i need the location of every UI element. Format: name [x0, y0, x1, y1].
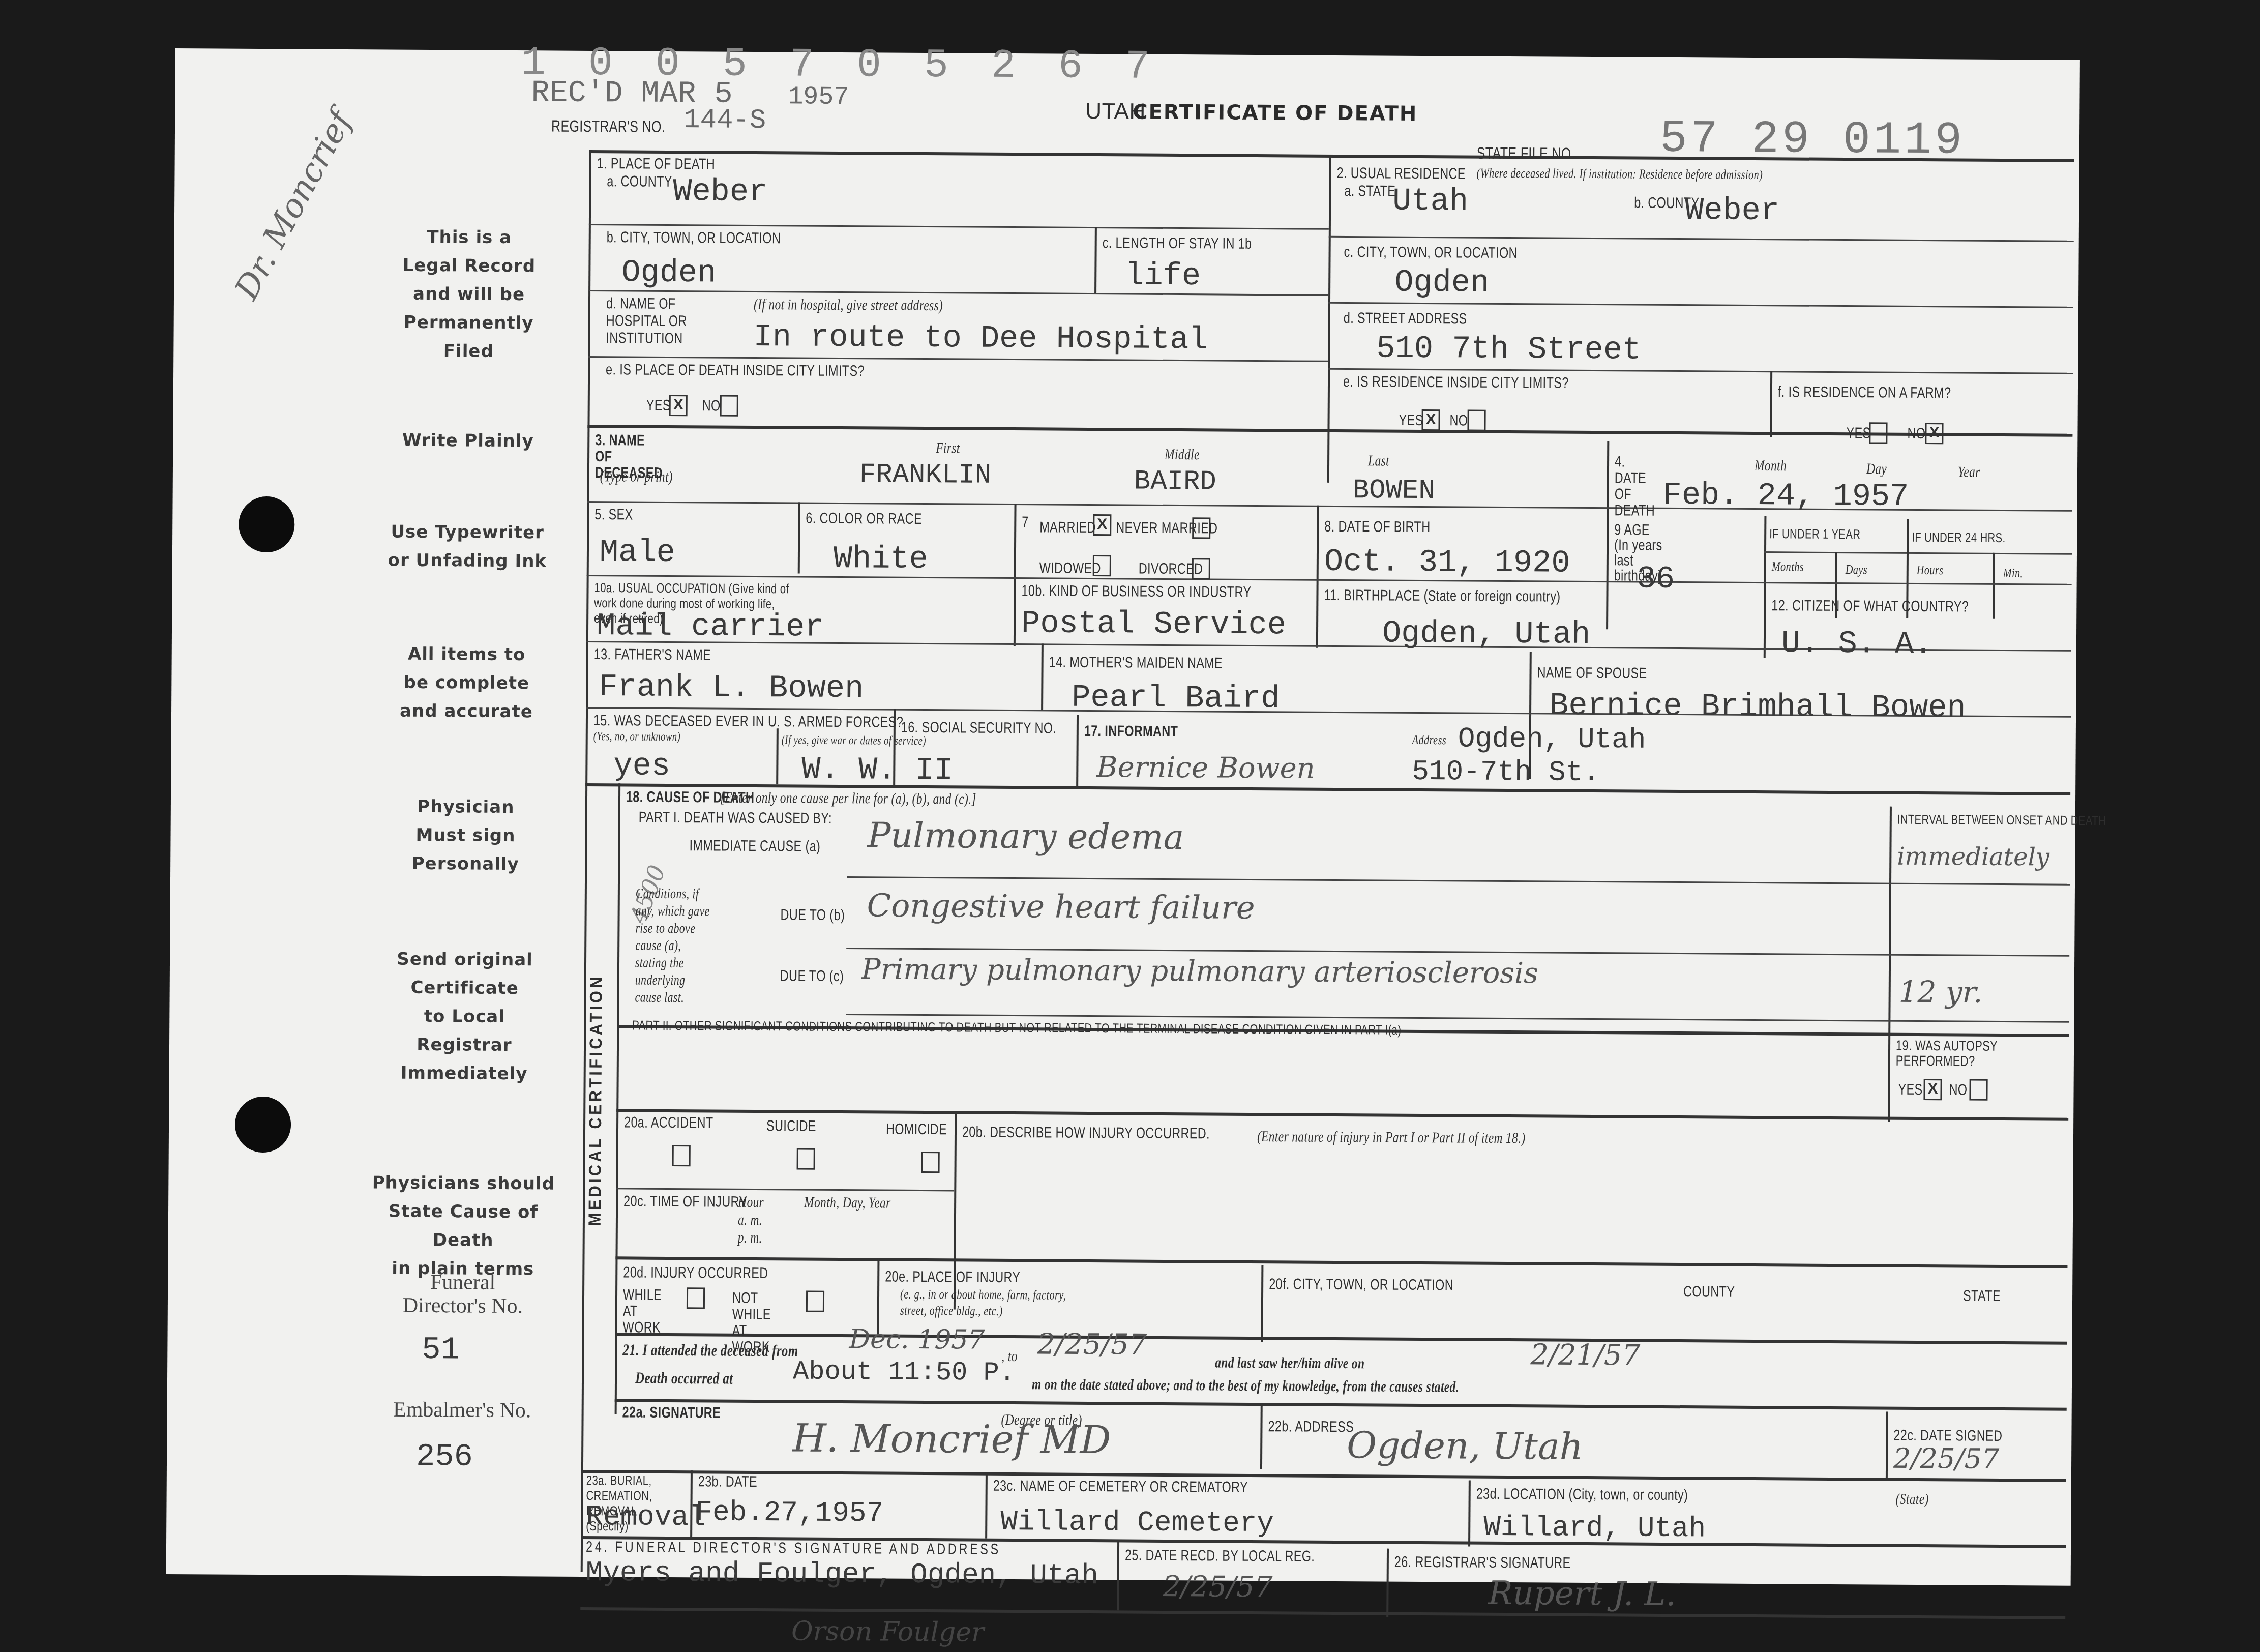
- due-to-b-label: DUE TO (b): [781, 906, 845, 924]
- due-to-c: Primary pulmonary pulmonary arterioscler…: [861, 953, 1538, 990]
- accident-label: 20a. ACCIDENT: [624, 1114, 713, 1132]
- recd-year: 1957: [788, 82, 849, 112]
- death-occurred-suffix: m on the date stated above; and to the b…: [1032, 1376, 1459, 1396]
- registrar-no-label: REGISTRAR'S NO.: [551, 117, 665, 136]
- last-saw-date: 2/21/57: [1530, 1338, 1640, 1372]
- divider: [581, 1470, 2066, 1482]
- sex: Male: [600, 534, 675, 571]
- war-service: W. W. II: [801, 752, 953, 789]
- divider: [1764, 516, 1767, 658]
- res-inside-city-label: e. IS RESIDENCE INSIDE CITY LIMITS?: [1343, 373, 1569, 392]
- funeral-director: Myers and Foulger, Ogden, Utah: [586, 1556, 1099, 1592]
- divider: [1770, 371, 1772, 437]
- hour-label: Hour: [738, 1194, 764, 1211]
- usual-residence-hint: (Where deceased lived. If institution: R…: [1476, 166, 1763, 183]
- married-checkbox[interactable]: X: [1093, 514, 1111, 536]
- death-city-label: b. CITY, TOWN, OR LOCATION: [607, 229, 781, 247]
- time-of-injury-label: 20c. TIME OF INJURY: [623, 1193, 747, 1211]
- note-write-plainly: Write Plainly: [386, 426, 549, 456]
- embalmer-no: 256: [416, 1438, 473, 1475]
- cemetery-label: 23c. NAME OF CEMETERY OR CREMATORY: [993, 1478, 1248, 1496]
- divider: [1606, 441, 1609, 629]
- year-label: Year: [1958, 463, 1980, 481]
- registrar-signature-label: 26. REGISTRAR'S SIGNATURE: [1394, 1554, 1571, 1572]
- res-state: Utah: [1392, 183, 1468, 220]
- informant-signature: Bernice Bowen: [1096, 751, 1315, 785]
- divider: [1117, 1542, 1119, 1610]
- interval-immediate: immediately: [1897, 842, 2049, 872]
- father-label: 13. FATHER'S NAME: [594, 646, 711, 664]
- death-occurred-label: Death occurred at: [635, 1369, 733, 1388]
- divider: [615, 783, 621, 1414]
- immediate-cause: Pulmonary edema: [867, 815, 1184, 858]
- hospital-name: In route to Dee Hospital: [753, 319, 1207, 358]
- note-send-original: Send original Certificate to Local Regis…: [383, 945, 547, 1088]
- sex-label: 5. SEX: [594, 506, 633, 523]
- punch-hole: [239, 496, 295, 553]
- month-day-year-label: Month, Day, Year: [804, 1194, 891, 1212]
- no-label: NO: [1907, 425, 1925, 442]
- under-24-hrs-label: IF UNDER 24 HRS.: [1912, 529, 2005, 546]
- mother-name: Pearl Baird: [1072, 680, 1280, 717]
- punch-hole: [235, 1097, 291, 1153]
- never-married-checkbox[interactable]: [1192, 517, 1210, 539]
- industry-label: 10b. KIND OF BUSINESS OR INDUSTRY: [1021, 582, 1251, 601]
- funeral-director-no: 51: [422, 1332, 460, 1368]
- inside-city-label: e. IS PLACE OF DEATH INSIDE CITY LIMITS?: [606, 361, 865, 380]
- res-inside-city-no-checkbox[interactable]: [1467, 410, 1485, 431]
- informant-address-line2: 510-7th St.: [1412, 755, 1600, 789]
- industry: Postal Service: [1021, 605, 1286, 643]
- state-hint-label: (State): [1896, 1491, 1929, 1508]
- medical-certification-label: MEDICAL CERTIFICATION: [585, 974, 607, 1226]
- res-street-label: d. STREET ADDRESS: [1344, 310, 1467, 328]
- interval-underlying: 12 yr.: [1899, 975, 1983, 1010]
- note-typewriter: Use Typewriter or Unfading Ink: [381, 517, 554, 575]
- first-label: First: [936, 439, 960, 457]
- attended-from: Dec. 1957: [849, 1324, 985, 1355]
- state-file-label: STATE FILE NO.: [1477, 144, 1575, 163]
- burial-date: Feb.27,1957: [695, 1496, 883, 1529]
- divider: [985, 1472, 988, 1539]
- informant-address-line1: Ogden, Utah: [1458, 722, 1646, 756]
- widowed-checkbox[interactable]: [1093, 555, 1111, 576]
- funeral-director-label: 24. FUNERAL DIRECTOR'S SIGNATURE AND ADD…: [586, 1539, 1001, 1558]
- married-label: MARRIED: [1039, 519, 1096, 537]
- cemetery-name: Willard Cemetery: [1000, 1506, 1274, 1540]
- divider: [1328, 302, 2073, 308]
- divider: [798, 502, 800, 573]
- death-inside-city-yes-checkbox[interactable]: X: [669, 395, 688, 416]
- farm-no-checkbox[interactable]: X: [1925, 423, 1943, 444]
- divider: [1014, 504, 1017, 646]
- length-of-stay: life: [1125, 257, 1201, 294]
- ssn-label: 16. SOCIAL SECURITY NO.: [901, 719, 1057, 737]
- funeral-director-no-label: Funeral Director's No.: [356, 1270, 570, 1318]
- injury-county-label: COUNTY: [1683, 1283, 1735, 1301]
- divider: [1094, 227, 1097, 293]
- injury-description-hint: (Enter nature of injury in Part I or Par…: [1257, 1128, 1526, 1147]
- divider: [1041, 643, 1044, 710]
- autopsy-yes-checkbox[interactable]: X: [1923, 1079, 1942, 1100]
- widowed-label: WIDOWED: [1039, 559, 1101, 577]
- divider: [616, 1188, 954, 1191]
- citizen: U. S. A.: [1781, 625, 1933, 662]
- immediate-cause-label: IMMEDIATE CAUSE (a): [689, 837, 820, 855]
- part1-label: PART I. DEATH WAS CAUSED BY:: [639, 809, 832, 828]
- divider: [615, 1333, 2067, 1344]
- divider: [1993, 553, 1995, 619]
- interval-label: INTERVAL BETWEEN ONSET AND DEATH: [1897, 812, 2106, 829]
- divider: [1261, 1265, 1264, 1342]
- homicide-label: HOMICIDE: [886, 1121, 947, 1139]
- informant-address-label: Address: [1412, 732, 1447, 748]
- while-at-work-checkbox[interactable]: [687, 1287, 705, 1309]
- no-label: NO: [1449, 412, 1468, 429]
- min-label: Min.: [2003, 566, 2023, 581]
- hospital-hint: (If not in hospital, give street address…: [754, 296, 943, 314]
- pm-label: p. m.: [738, 1229, 762, 1247]
- res-street: 510 7th Street: [1376, 330, 1641, 368]
- registrar-signature: Rupert J. L.: [1488, 1575, 1676, 1613]
- deceased-last-name: BOWEN: [1353, 475, 1435, 507]
- divider: [1329, 236, 2074, 242]
- registrar-no: 144-S: [683, 105, 766, 136]
- divider: [1260, 1403, 1263, 1469]
- deceased-name-hint: (Type or print): [600, 468, 673, 486]
- no-label: NO: [702, 397, 721, 415]
- hospital-label: d. NAME OF HOSPITAL OR INSTITUTION: [606, 295, 697, 347]
- divorced-checkbox[interactable]: [1192, 558, 1210, 579]
- divider: [1764, 551, 2072, 555]
- am-label: a. m.: [738, 1212, 762, 1229]
- yes-label: YES: [1898, 1081, 1922, 1099]
- divider: [1328, 368, 2073, 374]
- res-city-label: c. CITY, TOWN, OR LOCATION: [1344, 244, 1517, 262]
- signature-label: 22a. SIGNATURE: [622, 1404, 721, 1422]
- while-at-work-label: WHILE AT WORK: [623, 1287, 667, 1336]
- res-state-label: a. STATE: [1344, 183, 1395, 200]
- divider: [1468, 1481, 1471, 1547]
- farm-label: f. IS RESIDENCE ON A FARM?: [1778, 383, 1951, 402]
- divider: [615, 1256, 2067, 1268]
- father-name: Frank L. Bowen: [599, 669, 864, 706]
- death-county: Weber: [673, 173, 767, 210]
- disposition-method: Removal: [586, 1500, 706, 1533]
- accident-checkbox[interactable]: [672, 1145, 691, 1166]
- armed-forces-hint-a: (Yes, no, or unknown): [593, 730, 680, 744]
- place-of-injury-label: 20e. PLACE OF INJURY: [885, 1268, 1020, 1287]
- injury-state-label: STATE: [1963, 1288, 2001, 1305]
- divider: [847, 876, 2070, 886]
- divider: [589, 224, 1329, 230]
- burial-location: Willard, Utah: [1483, 1511, 1706, 1545]
- death-time: About 11:50 P.: [793, 1356, 1015, 1388]
- funeral-director-signature: Orson Foulger: [791, 1616, 984, 1647]
- marital-status-number: 7: [1022, 514, 1029, 531]
- res-city: Ogden: [1394, 264, 1489, 301]
- birthplace-label: 11. BIRTHPLACE (State or foreign country…: [1324, 587, 1560, 606]
- race: White: [834, 541, 928, 577]
- due-to-c-label: DUE TO (c): [780, 967, 844, 985]
- death-city: Ogden: [621, 254, 716, 291]
- physician-signature: H. Moncrief MD: [792, 1415, 1111, 1462]
- under-1-year-label: IF UNDER 1 YEAR: [1769, 526, 1860, 542]
- race-label: 6. COLOR OR RACE: [806, 510, 922, 528]
- injury-description-label: 20b. DESCRIBE HOW INJURY OCCURRED.: [962, 1124, 1210, 1142]
- divider: [1386, 1549, 1389, 1617]
- embalmer-no-label: Embalmer's No.: [355, 1397, 569, 1423]
- date-recd-label: 25. DATE RECD. BY LOCAL REG.: [1125, 1547, 1315, 1565]
- physician-address: Ogden, Utah: [1347, 1424, 1583, 1468]
- date-of-death: Feb. 24, 1957: [1662, 477, 1909, 515]
- length-of-stay-label: c. LENGTH OF STAY IN 1b: [1103, 234, 1252, 253]
- divider: [588, 356, 1328, 362]
- note-cause-plain: Physicians should State Cause of Death i…: [361, 1168, 565, 1283]
- yes-label: YES: [1399, 412, 1423, 429]
- title: CERTIFICATE OF DEATH: [1133, 101, 1417, 126]
- divider: [1886, 1412, 1888, 1478]
- last-saw-label: and last saw her/him alive on: [1215, 1354, 1364, 1373]
- death-inside-city-no-checkbox[interactable]: [720, 395, 738, 417]
- not-while-at-work-checkbox[interactable]: [806, 1291, 824, 1312]
- part2-label: PART II. OTHER SIGNIFICANT CONDITIONS CO…: [632, 1018, 1401, 1038]
- days-label: Days: [1846, 562, 1867, 577]
- mother-label: 14. MOTHER'S MAIDEN NAME: [1049, 654, 1223, 672]
- divider: [616, 1109, 2068, 1120]
- attended-to: 2/25/57: [1037, 1327, 1147, 1361]
- place-of-death-label: 1. PLACE OF DEATH: [597, 155, 716, 173]
- divider: [1076, 715, 1079, 786]
- certificate-paper: Dr. Moncrief 1 0 0 5 7 0 5 2 6 7 REC'D M…: [166, 48, 2080, 1586]
- spouse-name: Bernice Brimhall Bowen: [1550, 688, 1966, 726]
- date-signed: 2/25/57: [1893, 1442, 2000, 1475]
- hours-label: Hours: [1917, 563, 1944, 578]
- attended-label: 21. I attended the deceased from: [622, 1340, 798, 1360]
- date-recd: 2/25/57: [1163, 1570, 1272, 1604]
- autopsy-label: 19. WAS AUTOPSY PERFORMED?: [1896, 1038, 2027, 1070]
- last-label: Last: [1368, 452, 1389, 469]
- cause-of-death-hint: [Enter only one cause per line for (a), …: [720, 789, 976, 808]
- divider: [776, 728, 779, 784]
- occupation: Mail carrier: [597, 608, 824, 645]
- date-of-birth: Oct. 31, 1920: [1324, 544, 1570, 581]
- death-county-label: a. COUNTY: [607, 173, 672, 191]
- note-complete: All items to be complete and accurate: [385, 640, 548, 726]
- yes-label: YES: [1846, 425, 1870, 442]
- injury-occurred-label: 20d. INJURY OCCURRED: [623, 1264, 768, 1282]
- no-label: NO: [1949, 1081, 1967, 1099]
- day-label: Day: [1866, 460, 1887, 478]
- deceased-middle-name: BAIRD: [1134, 466, 1216, 498]
- yes-label: YES: [646, 397, 671, 415]
- informant-label: 17. INFORMANT: [1084, 723, 1178, 741]
- place-of-injury-hint: (e. g., in or about home, farm, factory,…: [900, 1286, 1091, 1320]
- dob-label: 8. DATE OF BIRTH: [1324, 518, 1430, 536]
- divider: [877, 1258, 880, 1334]
- month-label: Month: [1755, 457, 1787, 475]
- months-label: Months: [1772, 559, 1804, 574]
- spouse-label: NAME OF SPOUSE: [1537, 664, 1647, 682]
- note-legal-record: This is a Legal Record and will be Perma…: [387, 223, 551, 366]
- suicide-label: SUICIDE: [766, 1117, 816, 1135]
- date-of-death-label: 4. DATE OF DEATH: [1614, 454, 1650, 519]
- physician-address-label: 22b. ADDRESS: [1268, 1418, 1354, 1436]
- divider: [581, 150, 591, 1572]
- age: 36: [1637, 561, 1675, 597]
- farm-yes-checkbox[interactable]: [1869, 422, 1887, 444]
- due-to-b: Congestive heart failure: [867, 887, 1255, 926]
- res-inside-city-yes-checkbox[interactable]: X: [1421, 409, 1440, 431]
- certificate-title: UTAH CERTIFICATE OF DEATH: [1085, 99, 1433, 126]
- suicide-checkbox[interactable]: [797, 1148, 815, 1170]
- margin-note: Dr. Moncrief: [228, 105, 360, 306]
- conditions-label: Conditions, if any, which gave rise to a…: [635, 886, 711, 1007]
- birthplace: Ogden, Utah: [1382, 615, 1591, 653]
- usual-residence-label: 2. USUAL RESIDENCE: [1336, 165, 1465, 183]
- burial-location-label: 23d. LOCATION (City, town, or county): [1476, 1486, 1688, 1504]
- res-county: Weber: [1685, 192, 1779, 229]
- note-physician-sign: Physician Must sign Personally: [384, 792, 547, 879]
- autopsy-no-checkbox[interactable]: [1969, 1079, 1987, 1101]
- deceased-first-name: FRANKLIN: [859, 459, 992, 491]
- burial-date-label: 23b. DATE: [698, 1473, 757, 1491]
- divider: [1316, 506, 1319, 648]
- armed-forces: yes: [613, 748, 670, 784]
- homicide-checkbox[interactable]: [921, 1152, 940, 1173]
- divider: [615, 1399, 2067, 1410]
- citizen-label: 12. CITIZEN OF WHAT COUNTRY?: [1771, 597, 1969, 615]
- middle-label: Middle: [1165, 446, 1200, 463]
- divider: [1888, 807, 1892, 1122]
- divider: [1327, 157, 1331, 483]
- injury-city-label: 20f. CITY, TOWN, OR LOCATION: [1269, 1276, 1453, 1294]
- armed-forces-label: 15. WAS DECEASED EVER IN U. S. ARMED FOR…: [593, 712, 903, 731]
